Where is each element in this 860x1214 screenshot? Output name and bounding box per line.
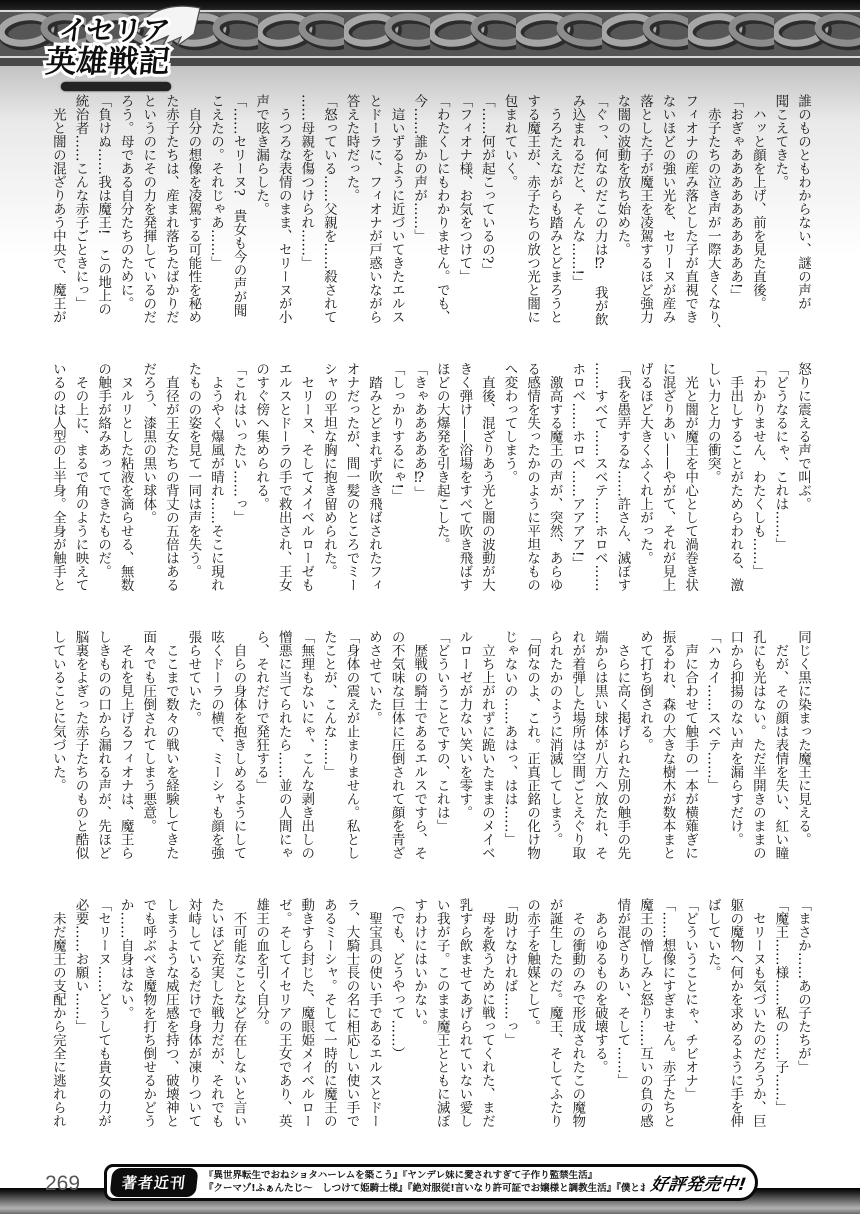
book-titles: 『異世界転生でおねショタハーレムを築こう』『ヤンデレ妹に愛されすぎて子作り監禁生…: [204, 1170, 645, 1195]
author-books-strip: 著者近刊 『異世界転生でおねショタハーレムを築こう』『ヤンデレ妹に愛されすぎて子…: [104, 1164, 758, 1201]
logo-ribbon: [60, 81, 172, 92]
header-banner: イセリア 英雄戦記: [0, 0, 860, 66]
text-block-2: 怒りに震える声で叫ぶ。 「どうなるにゃ、これは……」 「わかりません、わたくしも…: [46, 362, 814, 620]
on-sale-badge: 好評発売中!: [649, 1170, 748, 1195]
author-recent-works-label: 著者近刊: [109, 1168, 198, 1197]
page-number: 269: [45, 1172, 80, 1196]
text-block-4: 「まさか……あの子たちが」 「魔王……様……私の……子……」 セリーヌも気づいた…: [46, 898, 814, 1156]
logo-text-top: イセリア: [57, 14, 172, 47]
series-logo: イセリア 英雄戦記: [30, 2, 206, 96]
novel-page-body: 誰のものともわからない、謎の声が 聞こえてきた。 ハッと顔を上げ、前を見た直後。…: [0, 66, 860, 1214]
text-block-3: 同じく黒に染まった魔王に見える。 だが、その顔は表情を失い、紅い瞳 孔にも光はな…: [46, 630, 814, 888]
text-block-1: 誰のものともわからない、謎の声が 聞こえてきた。 ハッと顔を上げ、前を見た直後。…: [46, 94, 814, 352]
book-titles-line2: 『クーマゾ!ふぁんたじ〜 しつけて姫騎士様』『絶対服従!言いなり許可証でお嬢様と…: [204, 1183, 645, 1196]
logo-text-bottom: 英雄戦記: [44, 44, 172, 80]
book-titles-line1: 『異世界転生でおねショタハーレムを築こう』『ヤンデレ妹に愛されすぎて子作り監禁生…: [204, 1170, 645, 1183]
